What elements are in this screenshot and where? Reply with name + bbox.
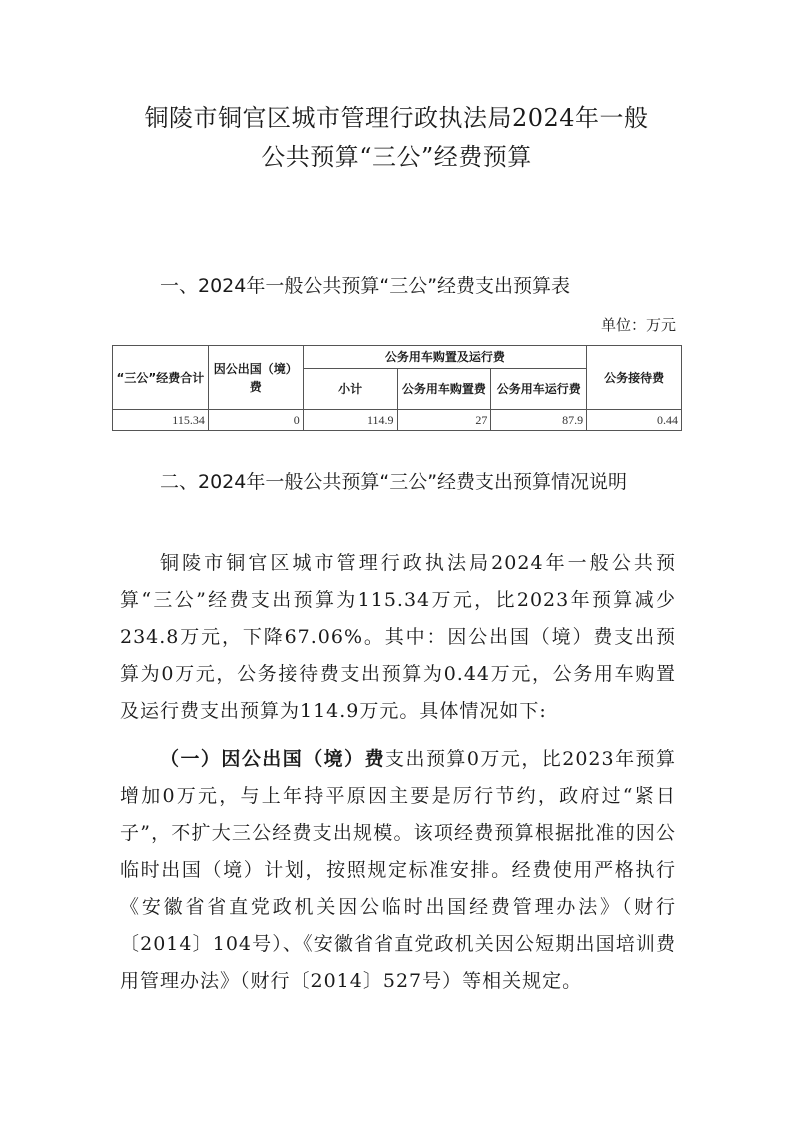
header-subtotal: 小计 bbox=[303, 369, 397, 410]
paragraph-abroad: （一）因公出国（境）费支出预算0万元，比2023年预算增加0万元，与上年持平原因… bbox=[120, 741, 676, 1000]
section1-heading: 一、2024年一般公共预算“三公”经费支出预算表 bbox=[120, 273, 680, 299]
budget-table: “三公”经费合计 因公出国（境）费 公务用车购置及运行费 公务接待费 小计 公务… bbox=[112, 345, 682, 431]
table-row: 115.34 0 114.9 27 87.9 0.44 bbox=[113, 410, 682, 431]
paragraph-abroad-lead: （一）因公出国（境）费 bbox=[160, 748, 385, 770]
cell-total: 115.34 bbox=[113, 410, 209, 431]
cell-subtotal: 114.9 bbox=[303, 410, 397, 431]
header-reception: 公务接待费 bbox=[587, 346, 682, 410]
cell-vehicle-purchase: 27 bbox=[397, 410, 491, 431]
document-title-line1: 铜陵市铜官区城市管理行政执法局2024年一般 bbox=[0, 103, 793, 133]
paragraph-summary: 铜陵市铜官区城市管理行政执法局2024年一般公共预算“三公”经费支出预算为115… bbox=[120, 545, 676, 730]
header-total: “三公”经费合计 bbox=[113, 346, 209, 410]
cell-abroad: 0 bbox=[208, 410, 303, 431]
table-header-row: “三公”经费合计 因公出国（境）费 公务用车购置及运行费 公务接待费 bbox=[113, 346, 682, 369]
header-abroad: 因公出国（境）费 bbox=[208, 346, 303, 410]
section2-heading: 二、2024年一般公共预算“三公”经费支出预算情况说明 bbox=[120, 460, 680, 505]
cell-reception: 0.44 bbox=[587, 410, 682, 431]
unit-label: 单位：万元 bbox=[601, 315, 676, 335]
cell-vehicle-operation: 87.9 bbox=[491, 410, 587, 431]
header-vehicle-operation: 公务用车运行费 bbox=[491, 369, 587, 410]
header-vehicle-group: 公务用车购置及运行费 bbox=[303, 346, 586, 369]
document-title-line2: 公共预算“三公”经费预算 bbox=[0, 142, 793, 172]
header-vehicle-purchase: 公务用车购置费 bbox=[397, 369, 491, 410]
paragraph-abroad-body: 支出预算0万元，比2023年预算增加0万元，与上年持平原因主要是厉行节约，政府过… bbox=[120, 748, 676, 992]
